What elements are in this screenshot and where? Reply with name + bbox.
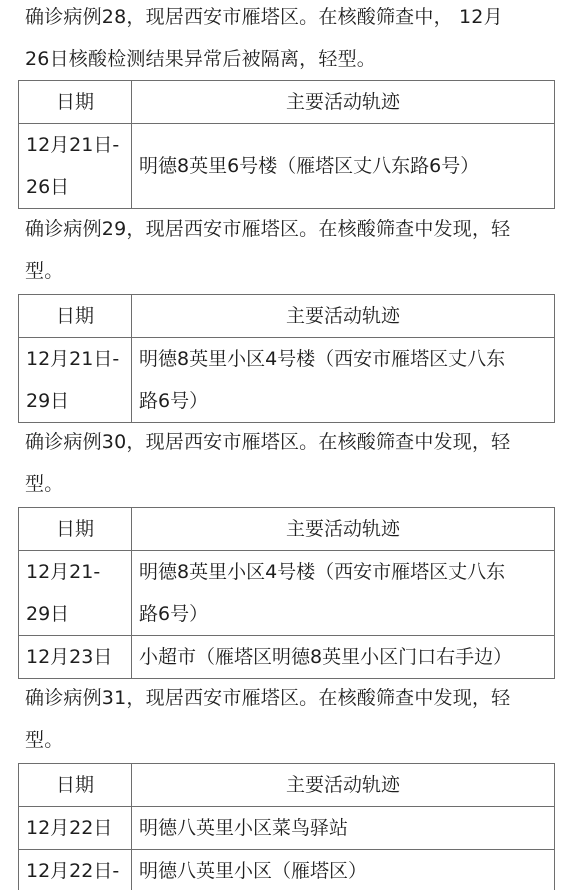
date-cell: 12月22日-: [19, 850, 132, 890]
table-row: 12月23日 小超市（雁塔区明德8英里小区门口右手边）: [19, 636, 555, 679]
case-29-track-table: 日期 主要活动轨迹 12月21日- 29日 明德8英里小区4号楼（西安市雁塔区丈…: [18, 294, 555, 423]
table-row: 12月22日- 明德八英里小区（雁塔区）: [19, 850, 555, 890]
date-line: 12月22日-: [26, 850, 124, 890]
track-cell: 明德八英里小区菜鸟驿站: [132, 807, 555, 850]
date-cell: 12月23日: [19, 636, 132, 679]
date-line: 29日: [26, 593, 124, 635]
case-text-line: 确诊病例29，现居西安市雁塔区。在核酸筛查中发现，轻: [25, 208, 545, 250]
track-line: 路6号）: [139, 593, 547, 635]
track-line: 明德八英里小区（雁塔区）: [139, 850, 547, 890]
track-cell: 明德八英里小区（雁塔区）: [132, 850, 555, 890]
track-line: 明德8英里小区4号楼（西安市雁塔区丈八东: [139, 551, 547, 593]
case-29-description: 确诊病例29，现居西安市雁塔区。在核酸筛查中发现，轻 型。: [25, 208, 545, 292]
case-text-line: 确诊病例28，现居西安市雁塔区。在核酸筛查中， 12月: [25, 0, 545, 38]
case-31-track-table: 日期 主要活动轨迹 12月22日 明德八英里小区菜鸟驿站 12月22日- 明德八…: [18, 763, 555, 890]
date-line: 12月21-: [26, 551, 124, 593]
track-line: 路6号）: [139, 380, 547, 422]
track-cell: 明德8英里6号楼（雁塔区丈八东路6号）: [132, 124, 555, 209]
table-header-row: 日期 主要活动轨迹: [19, 764, 555, 807]
date-line: 29日: [26, 380, 124, 422]
track-line: 小超市（雁塔区明德8英里小区门口右手边）: [139, 636, 547, 678]
track-line: 明德8英里小区4号楼（西安市雁塔区丈八东: [139, 338, 547, 380]
table-header-row: 日期 主要活动轨迹: [19, 508, 555, 551]
date-line: 12月23日: [26, 636, 124, 678]
case-text-line: 确诊病例31，现居西安市雁塔区。在核酸筛查中发现，轻: [25, 677, 545, 719]
header-track: 主要活动轨迹: [132, 764, 555, 807]
header-date: 日期: [19, 764, 132, 807]
header-date: 日期: [19, 81, 132, 124]
table-row: 12月21日- 29日 明德8英里小区4号楼（西安市雁塔区丈八东 路6号）: [19, 338, 555, 423]
table-header-row: 日期 主要活动轨迹: [19, 81, 555, 124]
case-text-line: 确诊病例30，现居西安市雁塔区。在核酸筛查中发现，轻: [25, 421, 545, 463]
header-track: 主要活动轨迹: [132, 81, 555, 124]
table-header-row: 日期 主要活动轨迹: [19, 295, 555, 338]
case-30-track-table: 日期 主要活动轨迹 12月21- 29日 明德8英里小区4号楼（西安市雁塔区丈八…: [18, 507, 555, 679]
date-cell: 12月21- 29日: [19, 551, 132, 636]
table-row: 12月21- 29日 明德8英里小区4号楼（西安市雁塔区丈八东 路6号）: [19, 551, 555, 636]
track-cell: 小超市（雁塔区明德8英里小区门口右手边）: [132, 636, 555, 679]
date-line: 12月21日-: [26, 338, 124, 380]
header-date: 日期: [19, 295, 132, 338]
case-28-description: 确诊病例28，现居西安市雁塔区。在核酸筛查中， 12月 26日核酸检测结果异常后…: [25, 0, 545, 80]
track-cell: 明德8英里小区4号楼（西安市雁塔区丈八东 路6号）: [132, 338, 555, 423]
date-line: 12月22日: [26, 807, 124, 849]
case-text-line: 型。: [25, 719, 545, 761]
date-cell: 12月22日: [19, 807, 132, 850]
date-line: 12月21日-: [26, 124, 124, 166]
table-row: 12月21日- 26日 明德8英里6号楼（雁塔区丈八东路6号）: [19, 124, 555, 209]
case-30-description: 确诊病例30，现居西安市雁塔区。在核酸筛查中发现，轻 型。: [25, 421, 545, 505]
header-track: 主要活动轨迹: [132, 295, 555, 338]
case-text-line: 型。: [25, 463, 545, 505]
date-line: 26日: [26, 166, 124, 208]
case-31-description: 确诊病例31，现居西安市雁塔区。在核酸筛查中发现，轻 型。: [25, 677, 545, 761]
header-date: 日期: [19, 508, 132, 551]
track-line: 明德8英里6号楼（雁塔区丈八东路6号）: [139, 145, 547, 187]
table-row: 12月22日 明德八英里小区菜鸟驿站: [19, 807, 555, 850]
case-text-line: 26日核酸检测结果异常后被隔离，轻型。: [25, 38, 545, 80]
date-cell: 12月21日- 26日: [19, 124, 132, 209]
track-line: 明德八英里小区菜鸟驿站: [139, 807, 547, 849]
date-cell: 12月21日- 29日: [19, 338, 132, 423]
header-track: 主要活动轨迹: [132, 508, 555, 551]
case-28-track-table: 日期 主要活动轨迹 12月21日- 26日 明德8英里6号楼（雁塔区丈八东路6号…: [18, 80, 555, 209]
case-text-line: 型。: [25, 250, 545, 292]
track-cell: 明德8英里小区4号楼（西安市雁塔区丈八东 路6号）: [132, 551, 555, 636]
